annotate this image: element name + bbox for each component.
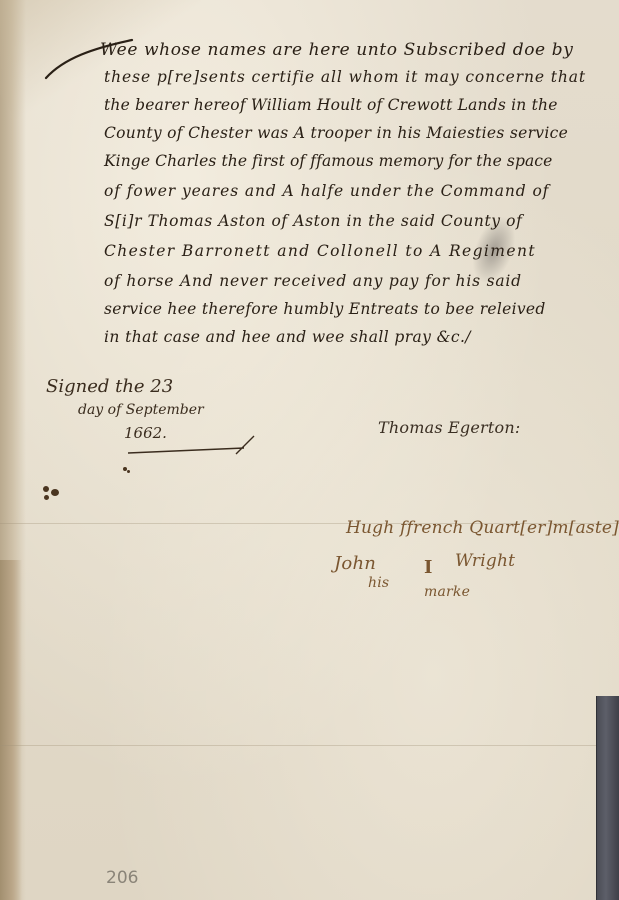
signature-hugh-ffrench: Hugh ffrench Quart[er]m[aste]r: [346, 518, 619, 538]
body-line-5: Kinge Charles the first of ffamous memor…: [104, 152, 552, 170]
body-line-8: Chester Barronett and Collonell to A Reg…: [104, 242, 536, 260]
signature-marke: marke: [424, 584, 470, 600]
signature-thomas-egerton: Thomas Egerton:: [378, 418, 520, 437]
signature-wright: Wright: [455, 551, 515, 571]
folio-number: 206: [106, 868, 138, 888]
body-line-7: S[i]r Thomas Aston of Aston in the said …: [104, 212, 522, 230]
date-line-month: day of September: [78, 402, 204, 418]
paper-worn-edge: [0, 560, 22, 900]
ink-blot: [127, 470, 130, 473]
manuscript-scan: Wee whose names are here unto Subscribed…: [0, 0, 619, 900]
body-line-2: these p[re]sents certifie all whom it ma…: [104, 68, 586, 86]
ink-blot: [44, 495, 49, 500]
body-line-4: County of Chester was A trooper in his M…: [104, 124, 568, 142]
fold-crease: [0, 745, 619, 746]
underline-flourish-icon: [126, 434, 256, 456]
body-line-9: of horse And never received any pay for …: [104, 272, 522, 290]
date-line-signed: Signed the 23: [46, 376, 173, 397]
body-line-10: service hee therefore humbly Entreats to…: [104, 300, 546, 318]
body-line-6: of fower yeares and A halfe under the Co…: [104, 182, 549, 200]
body-line-11: in that case and hee and wee shall pray …: [104, 328, 471, 346]
signature-his: his: [368, 575, 389, 591]
ink-blot: [51, 489, 59, 496]
ink-blot: [43, 486, 49, 492]
signature-john: John: [334, 553, 376, 574]
body-line-3: the bearer hereof William Hoult of Crewo…: [104, 96, 558, 114]
binding-strip: [596, 696, 619, 900]
signed-date-block: Signed the 23 day of September 1662.: [42, 370, 252, 460]
body-line-1: Wee whose names are here unto Subscribed…: [100, 40, 573, 60]
wright-mark-cross: I: [424, 557, 433, 578]
